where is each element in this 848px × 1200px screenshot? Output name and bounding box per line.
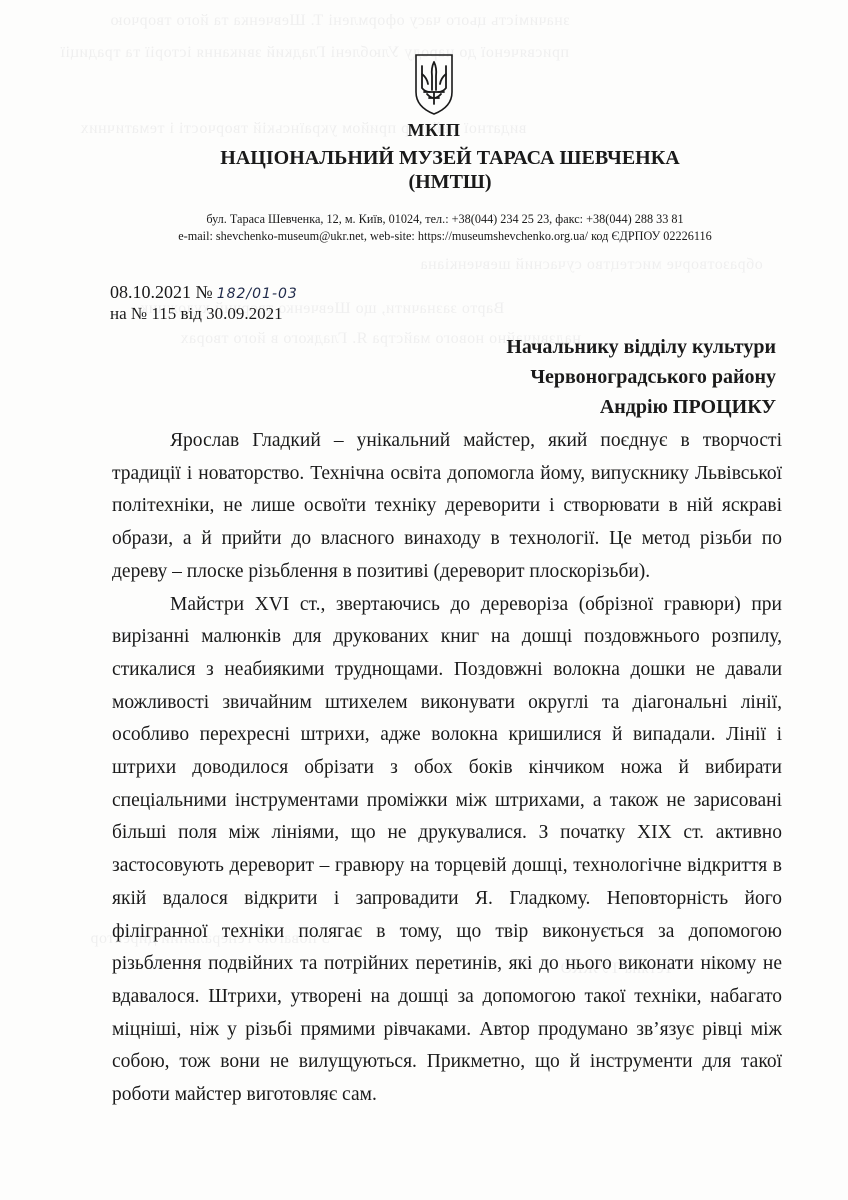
- in-reply-to: на № 115 від 30.09.2021: [110, 304, 298, 324]
- recipient-district: Червоноградського району: [506, 362, 776, 392]
- organization-abbreviation: (НМТШ): [0, 170, 848, 194]
- ministry-abbreviation: МКІП: [0, 120, 848, 141]
- recipient-name: Андрію ПРОЦИКУ: [506, 392, 776, 422]
- organization-name-line: НАЦІОНАЛЬНИЙ МУЗЕЙ ТАРАСА ШЕВЧЕНКА: [0, 146, 848, 170]
- outgoing-date: 08.10.2021 №: [110, 282, 213, 302]
- letter-page: МКІП НАЦІОНАЛЬНИЙ МУЗЕЙ ТАРАСА ШЕВЧЕНКА …: [0, 0, 848, 1200]
- handwritten-registration-number: 182/01-03: [217, 286, 298, 302]
- document-reference: 08.10.2021 №182/01-03 на № 115 від 30.09…: [110, 282, 298, 324]
- address-phone-line: бул. Тараса Шевченка, 12, м. Київ, 01024…: [140, 210, 751, 227]
- recipient-position: Начальнику відділу культури: [506, 332, 776, 362]
- recipient-block: Начальнику відділу культури Червоноградс…: [506, 332, 776, 422]
- outgoing-date-number: 08.10.2021 №182/01-03: [110, 282, 298, 304]
- trident-coat-of-arms-icon: [413, 52, 455, 116]
- organization-name: НАЦІОНАЛЬНИЙ МУЗЕЙ ТАРАСА ШЕВЧЕНКА (НМТШ…: [0, 146, 848, 194]
- organization-contacts: бул. Тараса Шевченка, 12, м. Київ, 01024…: [140, 210, 751, 244]
- letter-body: Ярослав Гладкий – унікальний майстер, як…: [112, 425, 782, 1112]
- body-paragraph: Майстри XVI ст., звертаючись до дереворі…: [112, 589, 782, 1112]
- email-website-line: e-mail: shevchenko-museum@ukr.net, web-s…: [140, 227, 751, 244]
- body-paragraph: Ярослав Гладкий – унікальний майстер, як…: [112, 425, 782, 589]
